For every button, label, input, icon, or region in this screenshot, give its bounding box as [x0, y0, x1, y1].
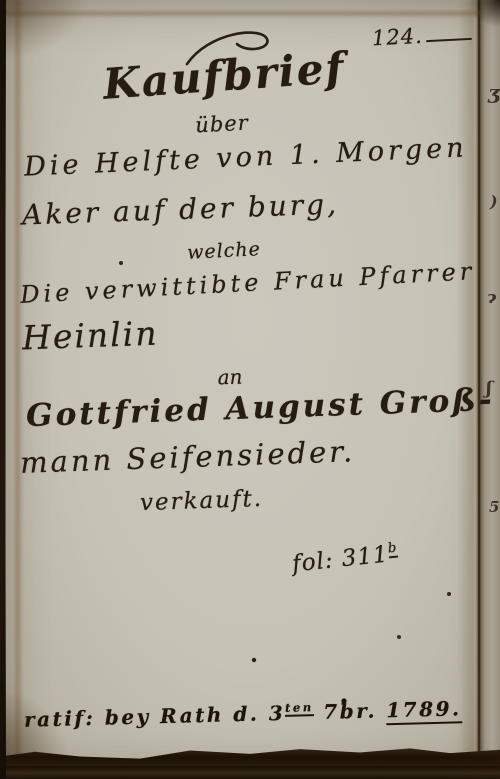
book-binding-edge-lower — [0, 766, 500, 779]
edge-stain-right — [458, 0, 478, 758]
manuscript-line-verkauft: verkauft. — [140, 486, 264, 516]
ratification-year: 1789. — [386, 696, 462, 725]
ratification-month: 7br. — [314, 698, 387, 724]
facing-page-ink-fragment: ɂ — [487, 288, 496, 308]
folio-superscript: b — [387, 541, 398, 559]
book-binding-left — [0, 0, 6, 779]
manuscript-line-heinlin: Heinlin — [21, 314, 159, 358]
page-number: 124. — [371, 24, 423, 51]
corner-stain-top-left — [0, 0, 90, 60]
facing-page-ink-fragment: 5 — [489, 498, 499, 516]
manuscript-line-an: an — [168, 363, 293, 391]
facing-page-ink-fragment: ) — [490, 192, 498, 211]
manuscript-photo: 124. Kaufbrief über Die Helfte von 1. Mo… — [0, 0, 500, 779]
fold-crease-left — [13, 0, 23, 760]
ratification-superscript: ten — [285, 700, 314, 717]
facing-page-ink-fragment: ʒ — [488, 80, 499, 104]
facing-page-ink-fragment: ʃ — [486, 378, 492, 399]
